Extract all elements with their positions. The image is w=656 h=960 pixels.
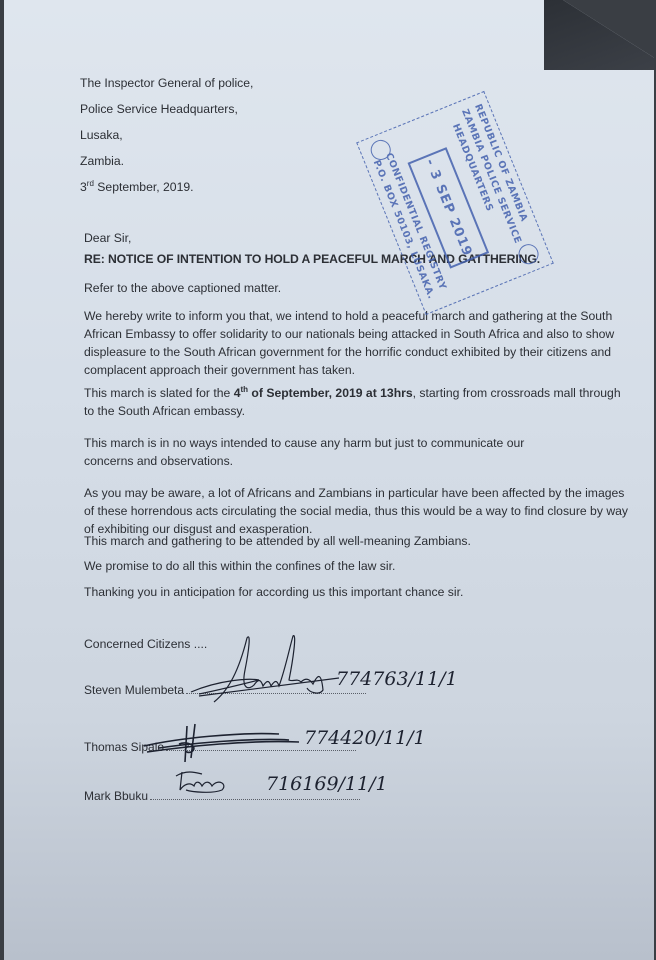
date-suffix: rd <box>87 179 94 188</box>
recipient-line-1: The Inspector General of police, <box>80 74 253 92</box>
recipient-line-3: Lusaka, <box>80 126 123 144</box>
date-day: 3 <box>80 180 87 194</box>
signatory-number: 716169/11/1 <box>266 773 388 795</box>
paragraph-7: We promise to do all this within the con… <box>84 557 624 575</box>
paragraph-3: This march is slated for the 4th of Sept… <box>84 384 629 420</box>
signatory-number: 774420/11/1 <box>304 727 426 749</box>
recipient-line-4: Zambia. <box>80 152 124 170</box>
paragraph-2: We hereby write to inform you that, we i… <box>84 307 629 379</box>
march-date-rest: of September, 2019 at 13hrs <box>248 386 413 400</box>
letter-date: 3rd September, 2019. <box>80 178 194 196</box>
march-date: 4th of September, 2019 at 13hrs <box>234 386 413 400</box>
background-edge <box>544 0 654 70</box>
signatory-number: 774763/11/1 <box>336 668 458 690</box>
date-rest: September, 2019. <box>94 180 194 194</box>
p3-pre: This march is slated for the <box>84 386 234 400</box>
signature-3 <box>172 764 242 798</box>
salutation: Dear Sir, <box>84 229 131 247</box>
signature-2 <box>139 718 299 763</box>
paragraph-6: This march and gathering to be attended … <box>84 532 624 550</box>
letter-page: The Inspector General of police, Police … <box>4 0 654 960</box>
recipient-line-2: Police Service Headquarters, <box>80 100 238 118</box>
signature-line <box>150 799 360 800</box>
paragraph-8: Thanking you in anticipation for accordi… <box>84 583 624 601</box>
paragraph-1: Refer to the above captioned matter. <box>84 279 624 297</box>
signatory-name: Steven Mulembeta <box>84 683 184 697</box>
march-day-suffix: th <box>240 385 248 394</box>
paragraph-5: As you may be aware, a lot of Africans a… <box>84 484 629 538</box>
paragraph-4: This march is in no ways intended to cau… <box>84 434 574 470</box>
signatory-name: Mark Bbuku <box>84 789 148 803</box>
signature-1 <box>189 630 339 705</box>
